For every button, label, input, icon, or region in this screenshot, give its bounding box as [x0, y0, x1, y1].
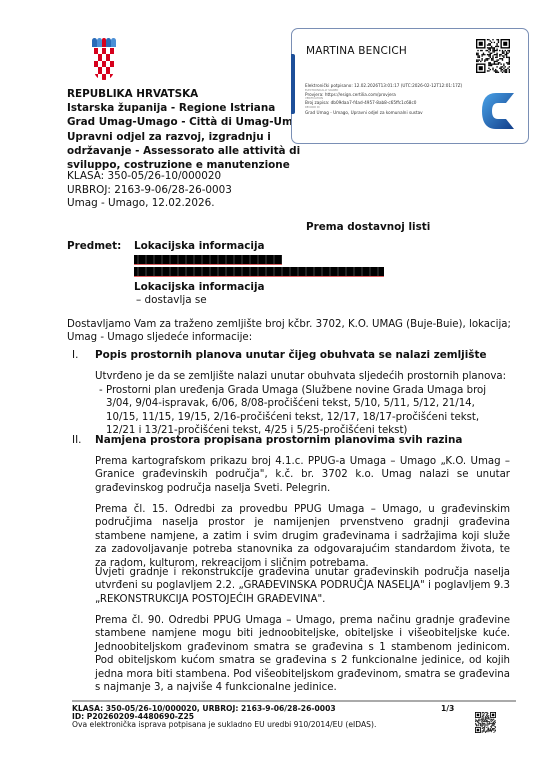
- header-line: Upravni odjel za razvoj, izgradnju i: [67, 130, 307, 144]
- section-paragraph: Prema kartografskom prikazu broj 4.1.c. …: [95, 455, 510, 495]
- redacted-text: [134, 255, 282, 265]
- signature-line: Elektronički potpisano: 12.02.2026T13:01…: [305, 83, 475, 92]
- section-paragraph: Utvrđeno je da se zemljište nalazi unuta…: [95, 370, 510, 383]
- qr-code-icon: [475, 712, 496, 733]
- document-meta: KLASA: 350-05/26-10/000020 URBROJ: 2163-…: [67, 170, 232, 211]
- subject-note: – dostavlja se: [136, 294, 384, 307]
- subject-title: Lokacijska informacija: [134, 240, 384, 253]
- section-title: Namjena prostora propisana prostornim pl…: [95, 434, 462, 446]
- subject-label: Predmet:: [67, 240, 121, 252]
- signer-department: Grad Umag - Umago, Upravni odjel za komu…: [305, 110, 475, 116]
- footer-eidas-note: Ova elektronička isprava potpisana je su…: [72, 720, 376, 729]
- klasa: KLASA: 350-05/26-10/000020: [67, 170, 232, 184]
- signer-name: MARTINA BENCICH: [306, 45, 407, 57]
- issuer-header: REPUBLIKA HRVATSKA Istarska županija - R…: [67, 87, 307, 172]
- section-paragraph: Uvjeti gradnje i rekonstrukcije građevin…: [95, 566, 510, 606]
- certilia-c-logo-icon: [476, 89, 516, 133]
- place-date: Umag - Umago, 12.02.2026.: [67, 197, 232, 211]
- intro-paragraph: Dostavljamo Vam za traženo zemljište bro…: [67, 318, 511, 345]
- footer-rule: [72, 700, 516, 702]
- redacted-text: [134, 267, 384, 277]
- bullet-item: Prostorni plan uređenja Grada Umaga (Slu…: [106, 384, 506, 438]
- header-line: Grad Umag-Umago - Città di Umag-Umago: [67, 115, 307, 129]
- record-id: Broj zapisa: db09daa7-f4ad-4957-8ab8-c65…: [305, 100, 475, 109]
- signature-details: Elektronički potpisano: 12.02.2026T13:01…: [305, 83, 475, 115]
- qr-code-icon: [476, 39, 510, 73]
- card-accent-bar: [291, 54, 295, 114]
- subject-title-2: Lokacijska informacija: [134, 281, 384, 294]
- croatian-coat-of-arms-icon: [92, 38, 116, 82]
- e-signature-card: MARTINA BENCICH Elektronički potpisano: …: [291, 28, 529, 144]
- urbroj: URBROJ: 2163-9-06/28-26-0003: [67, 184, 232, 198]
- subject-block: Lokacijska informacija Lokacijska inform…: [134, 240, 384, 307]
- header-line: REPUBLIKA HRVATSKA: [67, 87, 307, 101]
- recipient-line: Prema dostavnoj listi: [306, 221, 430, 233]
- section-paragraph: Prema čl. 15. Odredbi za provedbu PPUG U…: [95, 503, 510, 570]
- header-line: Istarska županija - Regione Istriana: [67, 101, 307, 115]
- header-line: održavanje - Assessorato alle attività d…: [67, 144, 307, 158]
- bullet-dash: -: [99, 384, 103, 397]
- page-number: 1/3: [441, 704, 454, 713]
- section-number: I.: [72, 349, 78, 361]
- section-paragraph: Prema čl. 90. Odredbi PPUG Umaga – Umago…: [95, 614, 510, 694]
- section-title: Popis prostornih planova unutar čijeg ob…: [95, 349, 487, 361]
- verification-link[interactable]: Provjera: https://esign.certilia.com/pro…: [305, 92, 475, 101]
- section-number: II.: [72, 434, 81, 446]
